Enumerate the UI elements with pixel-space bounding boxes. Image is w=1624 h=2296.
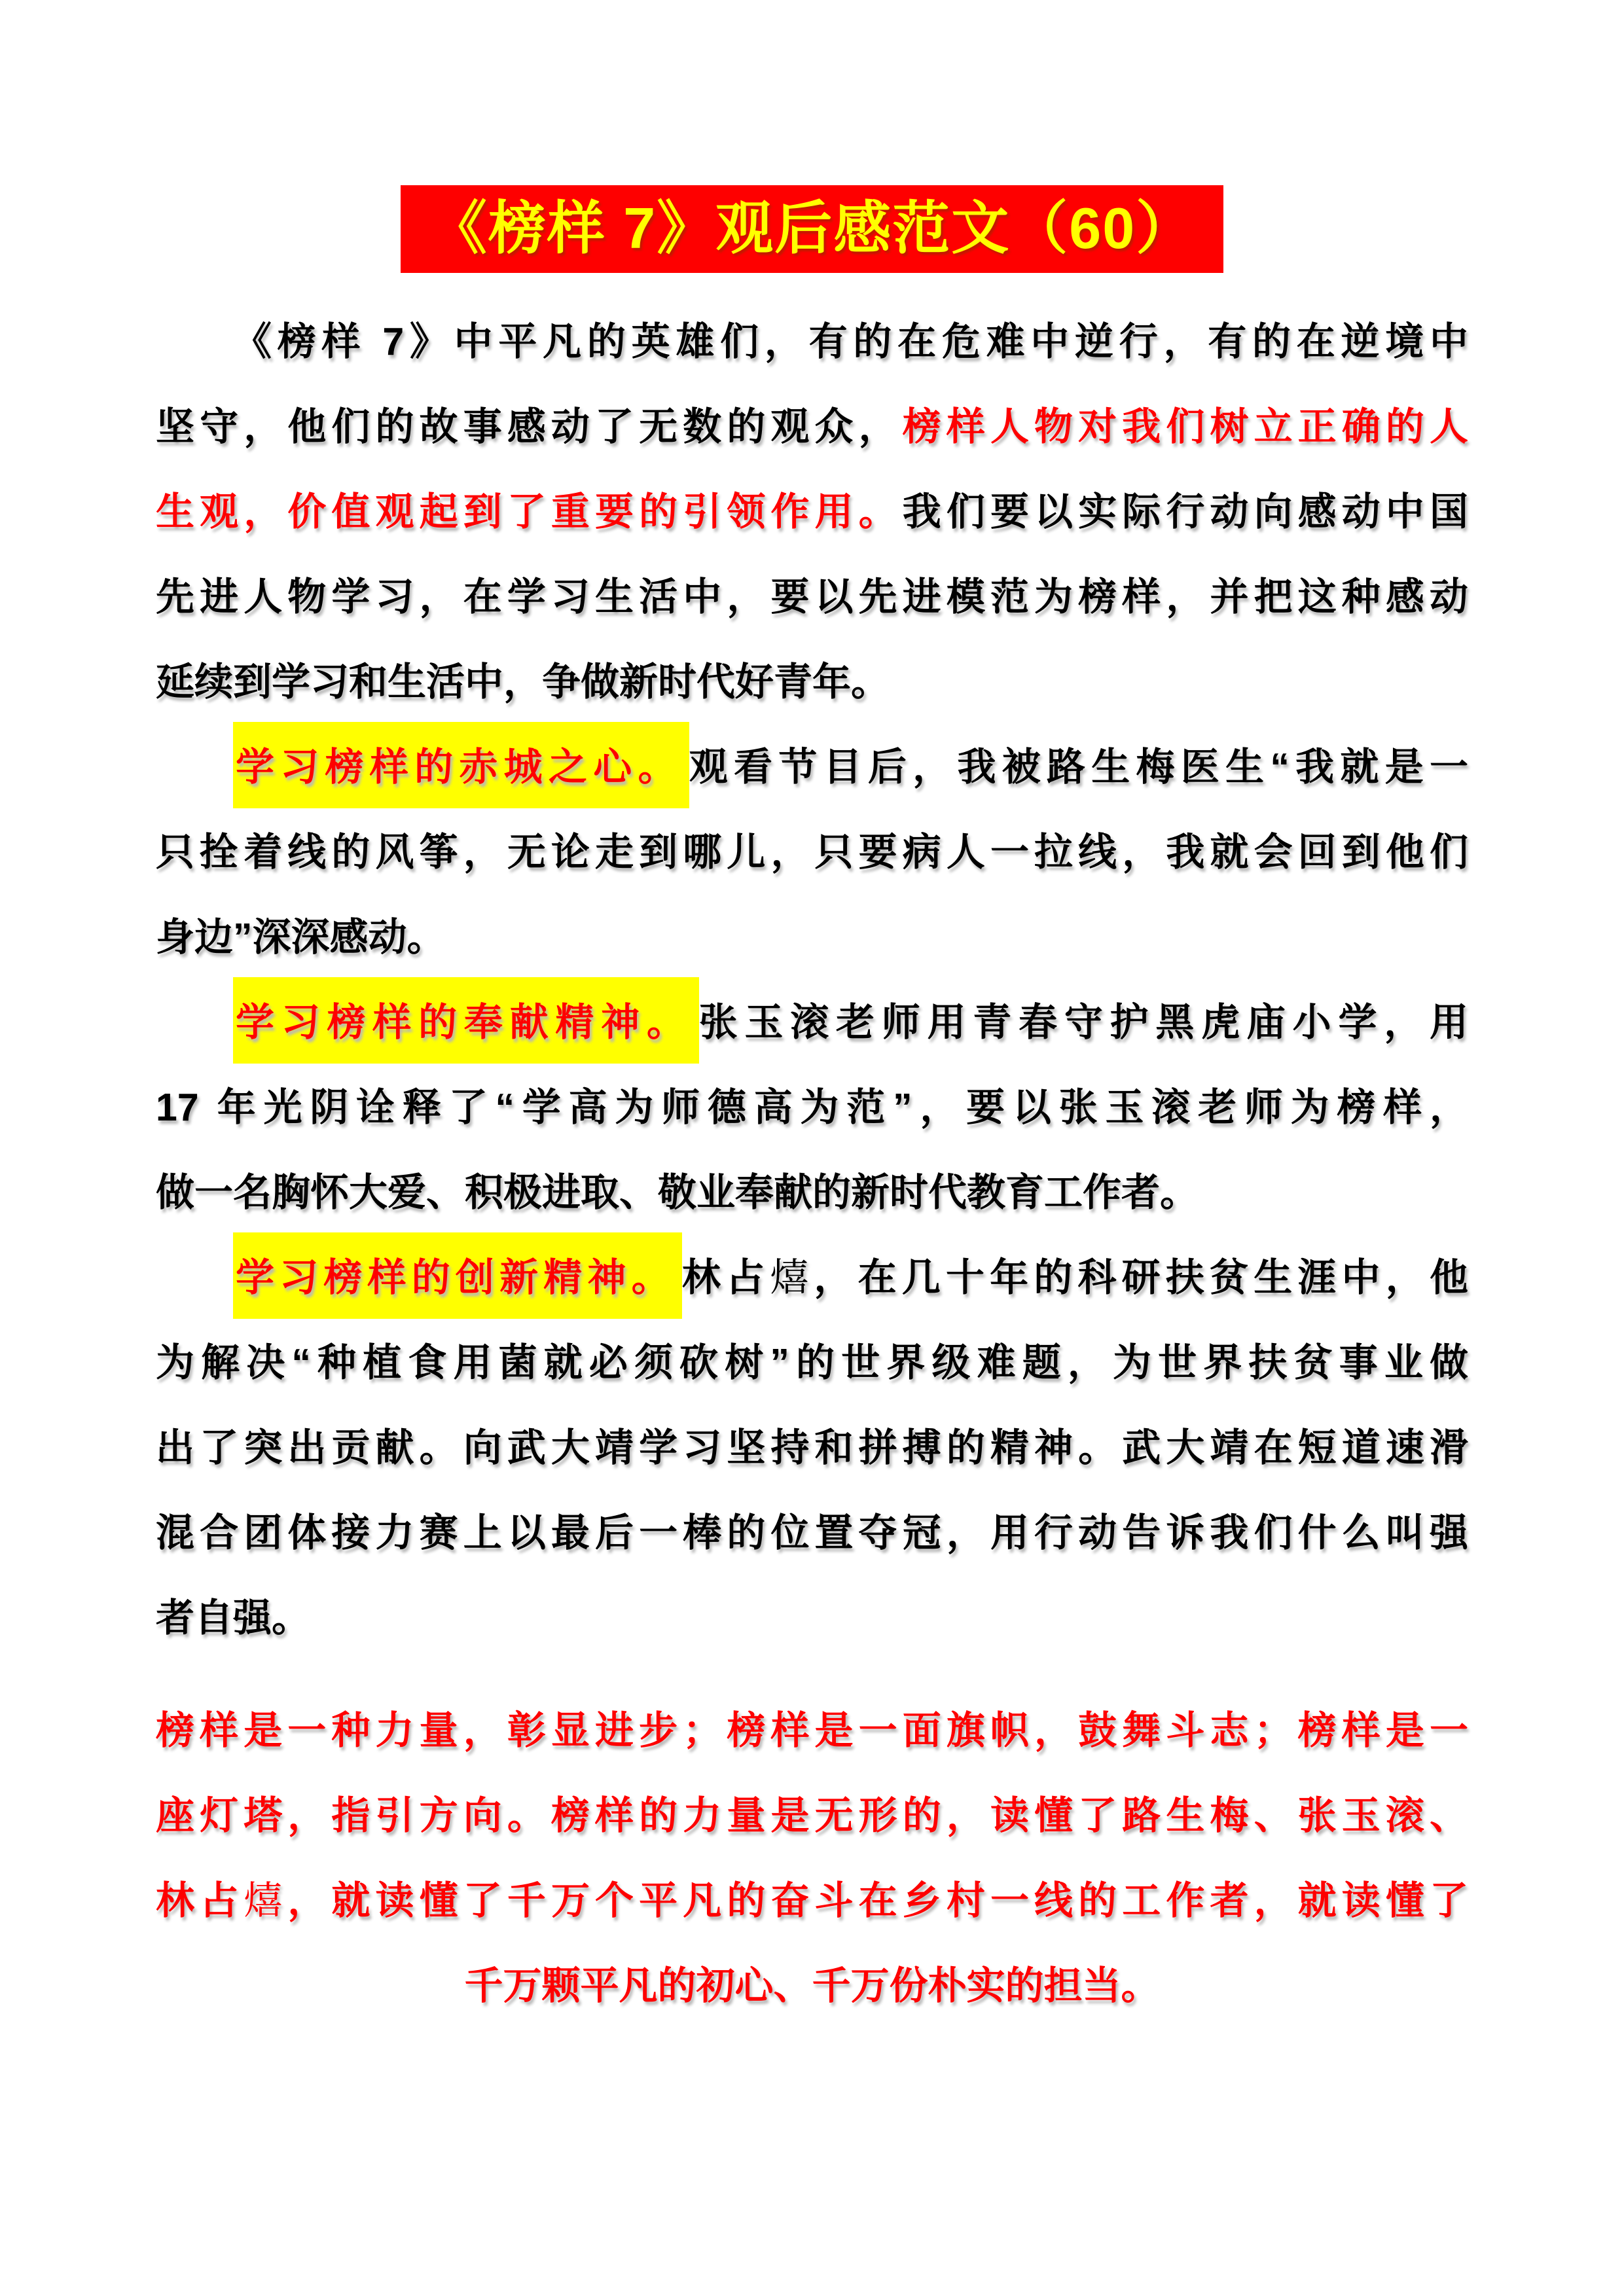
text-line: 17 年光阴诠释了“学高为师德高为范”，要以张玉滚老师为榜样， [156, 1065, 1468, 1150]
body-text: 只拴着线的风筝，无论走到哪儿，只要病人一拉线，我就会回到他们 [156, 831, 1468, 874]
body-text: 延续到学习和生活中，争做新时代好青年。 [156, 660, 890, 704]
body-text: 张玉滚老师用青春守护黑虎庙小学，用 [699, 1001, 1468, 1044]
title-row: 《榜样 7》观后感范文（60） [0, 0, 1624, 273]
emphasis-text: 榜样是一种力量，彰显进步；榜样是一面旗帜，鼓舞斗志；榜样是一 [156, 1709, 1468, 1752]
highlighted-subheading: 学习榜样的赤城之心。 [233, 722, 689, 808]
body-text: 《榜样 7》中平凡的英雄们，有的在危难中逆行，有的在逆境中 [233, 320, 1468, 363]
emphasis-text: 生观，价值观起到了重要的引领作用。 [156, 490, 903, 533]
text-line: 学习榜样的奉献精神。张玉滚老师用青春守护黑虎庙小学，用 [156, 980, 1468, 1065]
text-line: 为解决“种植食用菌就必须砍树”的世界级难题，为世界扶贫事业做 [156, 1320, 1468, 1405]
body-text: 身边”深深感动。 [156, 916, 446, 959]
highlighted-subheading: 学习榜样的创新精神。 [233, 1232, 682, 1319]
body-text: ，在几十年的科研扶贫生涯中，他 [814, 1256, 1468, 1299]
text-line: 生观，价值观起到了重要的引领作用。我们要以实际行动向感动中国 [156, 469, 1468, 554]
body-text-light-glyph: 熺 [770, 1256, 814, 1299]
text-line: 学习榜样的赤城之心。观看节目后，我被路生梅医生“我就是一 [156, 725, 1468, 810]
body-text: 观看节目后，我被路生梅医生“我就是一 [689, 745, 1468, 789]
emphasis-text: 千万颗平凡的初心、千万份朴实的担当。 [464, 1964, 1159, 2007]
body-text: 我们要以实际行动向感动中国 [903, 490, 1468, 533]
body-text: 为解决“种植食用菌就必须砍树”的世界级难题，为世界扶贫事业做 [156, 1341, 1468, 1384]
document-body: 《榜样 7》中平凡的英雄们，有的在危难中逆行，有的在逆境中 坚守，他们的故事感动… [156, 299, 1468, 2028]
text-line: 出了突出贡献。向武大靖学习坚持和拼搏的精神。武大靖在短道速滑 [156, 1405, 1468, 1490]
text-line: 者自强。 [156, 1575, 1468, 1660]
body-text: 先进人物学习，在学习生活中，要以先进模范为榜样，并把这种感动 [156, 575, 1468, 619]
emphasis-text-light-glyph: 熺 [244, 1879, 287, 1922]
text-line: 只拴着线的风筝，无论走到哪儿，只要病人一拉线，我就会回到他们 [156, 810, 1468, 895]
text-line: 座灯塔，指引方向。榜样的力量是无形的，读懂了路生梅、张玉滚、 [156, 1773, 1468, 1858]
text-line: 坚守，他们的故事感动了无数的观众，榜样人物对我们树立正确的人 [156, 384, 1468, 469]
text-line: 千万颗平凡的初心、千万份朴实的担当。 [156, 1943, 1468, 2028]
body-text: 坚守，他们的故事感动了无数的观众， [156, 405, 903, 448]
emphasis-text: 榜样人物对我们树立正确的人 [903, 405, 1468, 448]
body-text: 混合团体接力赛上以最后一棒的位置夺冠，用行动告诉我们什么叫强 [156, 1511, 1468, 1554]
document-page: 《榜样 7》观后感范文（60） 《榜样 7》中平凡的英雄们，有的在危难中逆行，有… [0, 0, 1624, 2296]
emphasis-text: 林占 [156, 1879, 244, 1922]
text-line: 混合团体接力赛上以最后一棒的位置夺冠，用行动告诉我们什么叫强 [156, 1490, 1468, 1575]
body-text: 林占 [682, 1256, 770, 1299]
highlighted-subheading: 学习榜样的奉献精神。 [233, 977, 699, 1064]
text-line: 林占熺，就读懂了千万个平凡的奋斗在乡村一线的工作者，就读懂了 [156, 1858, 1468, 1943]
body-text: 者自强。 [156, 1596, 310, 1640]
text-line: 榜样是一种力量，彰显进步；榜样是一面旗帜，鼓舞斗志；榜样是一 [156, 1688, 1468, 1773]
emphasis-text: 座灯塔，指引方向。榜样的力量是无形的，读懂了路生梅、张玉滚、 [156, 1794, 1468, 1837]
text-line: 做一名胸怀大爱、积极进取、敬业奉献的新时代教育工作者。 [156, 1150, 1468, 1235]
emphasis-text: ，就读懂了千万个平凡的奋斗在乡村一线的工作者，就读懂了 [287, 1879, 1468, 1922]
body-text: 出了突出贡献。向武大靖学习坚持和拼搏的精神。武大靖在短道速滑 [156, 1426, 1468, 1469]
body-text: 做一名胸怀大爱、积极进取、敬业奉献的新时代教育工作者。 [156, 1171, 1199, 1214]
closing-paragraph: 榜样是一种力量，彰显进步；榜样是一面旗帜，鼓舞斗志；榜样是一 座灯塔，指引方向。… [156, 1688, 1468, 2028]
text-line: 身边”深深感动。 [156, 895, 1468, 980]
text-line: 先进人物学习，在学习生活中，要以先进模范为榜样，并把这种感动 [156, 554, 1468, 639]
document-title: 《榜样 7》观后感范文（60） [401, 185, 1223, 273]
body-text: 17 年光阴诠释了“学高为师德高为范”，要以张玉滚老师为榜样， [156, 1086, 1468, 1129]
text-line: 学习榜样的创新精神。林占熺，在几十年的科研扶贫生涯中，他 [156, 1235, 1468, 1320]
text-line: 延续到学习和生活中，争做新时代好青年。 [156, 639, 1468, 725]
text-line: 《榜样 7》中平凡的英雄们，有的在危难中逆行，有的在逆境中 [156, 299, 1468, 384]
